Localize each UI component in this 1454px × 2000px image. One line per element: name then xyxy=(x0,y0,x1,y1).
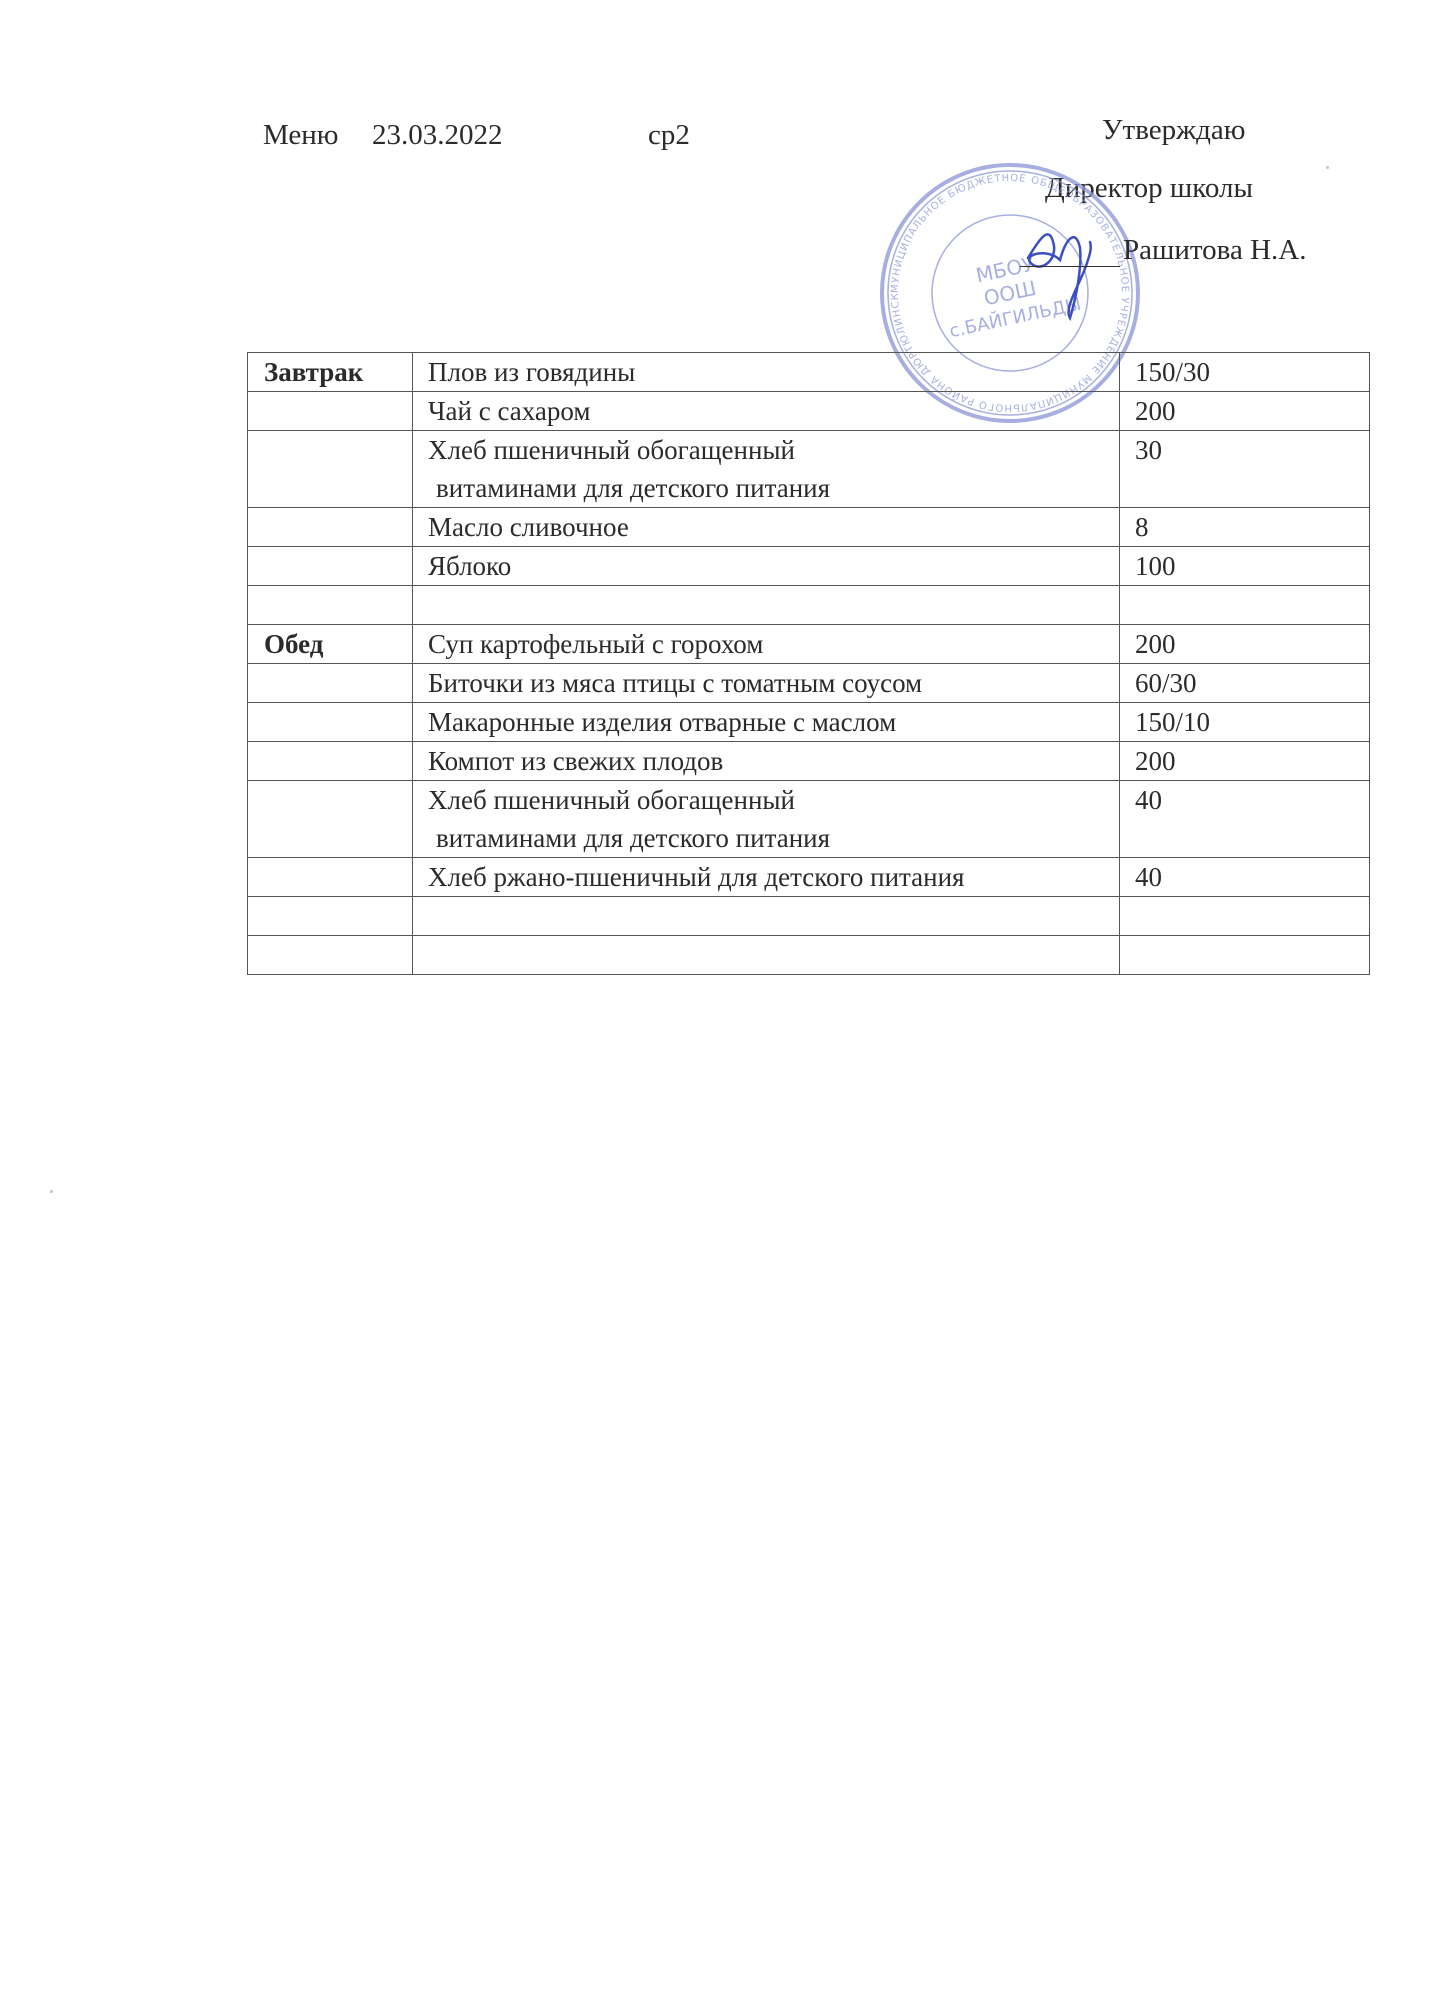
menu-code: ср2 xyxy=(648,121,690,150)
dish-cell: Биточки из мяса птицы с томатным соусом xyxy=(413,664,1120,703)
dish-name: Плов из говядины xyxy=(428,353,1119,391)
dish-cell: Хлеб пшеничный обогащенныйвитаминами для… xyxy=(413,431,1120,508)
portion-cell: 150/30 xyxy=(1120,353,1370,392)
dish-name: Хлеб пшеничный обогащенный xyxy=(428,431,1119,469)
menu-table: ЗавтракПлов из говядины150/30Чай с сахар… xyxy=(247,352,1370,975)
meal-cell: Обед xyxy=(248,625,413,664)
approval-heading: Утверждаю xyxy=(1102,116,1245,145)
table-row: ЗавтракПлов из говядины150/30 xyxy=(248,353,1370,392)
signature-icon xyxy=(1020,218,1130,328)
portion-cell xyxy=(1120,586,1370,625)
portion-cell: 100 xyxy=(1120,547,1370,586)
dish-cell: Компот из свежих плодов xyxy=(413,742,1120,781)
dish-cell: Хлеб ржано-пшеничный для детского питани… xyxy=(413,858,1120,897)
portion-cell: 150/10 xyxy=(1120,703,1370,742)
portion-cell xyxy=(1120,897,1370,936)
dish-cell: Макаронные изделия отварные с маслом xyxy=(413,703,1120,742)
portion-cell: 8 xyxy=(1120,508,1370,547)
dish-name: витаминами для детского питания xyxy=(428,819,1119,857)
dish-cell: Плов из говядины xyxy=(413,353,1120,392)
dish-name: Суп картофельный с горохом xyxy=(428,625,1119,663)
meal-cell xyxy=(248,586,413,625)
dish-cell: Хлеб пшеничный обогащенныйвитаминами для… xyxy=(413,781,1120,858)
dish-name: Масло сливочное xyxy=(428,508,1119,546)
meal-cell: Завтрак xyxy=(248,353,413,392)
meal-cell xyxy=(248,781,413,858)
table-row: Хлеб пшеничный обогащенныйвитаминами для… xyxy=(248,431,1370,508)
portion-cell: 200 xyxy=(1120,742,1370,781)
portion-cell: 40 xyxy=(1120,781,1370,858)
table-row: Хлеб пшеничный обогащенныйвитаминами для… xyxy=(248,781,1370,858)
table-row: Яблоко100 xyxy=(248,547,1370,586)
table-row: ОбедСуп картофельный с горохом200 xyxy=(248,625,1370,664)
table-row: Масло сливочное8 xyxy=(248,508,1370,547)
portion-cell xyxy=(1120,936,1370,975)
table-row: Макаронные изделия отварные с маслом150/… xyxy=(248,703,1370,742)
dish-name: Биточки из мяса птицы с томатным соусом xyxy=(428,664,1119,702)
meal-cell xyxy=(248,703,413,742)
dish-cell: Чай с сахаром xyxy=(413,392,1120,431)
meal-cell xyxy=(248,508,413,547)
meal-cell xyxy=(248,392,413,431)
portion-cell: 200 xyxy=(1120,392,1370,431)
dish-name: Макаронные изделия отварные с маслом xyxy=(428,703,1119,741)
menu-label: Меню xyxy=(263,121,338,150)
meal-cell xyxy=(248,664,413,703)
table-row xyxy=(248,936,1370,975)
portion-cell: 30 xyxy=(1120,431,1370,508)
dish-name: Хлеб пшеничный обогащенный xyxy=(428,781,1119,819)
dish-cell xyxy=(413,586,1120,625)
menu-date: 23.03.2022 xyxy=(372,121,503,150)
table-row: Биточки из мяса птицы с томатным соусом6… xyxy=(248,664,1370,703)
table-row xyxy=(248,586,1370,625)
table-row xyxy=(248,897,1370,936)
dish-cell: Масло сливочное xyxy=(413,508,1120,547)
dish-name: Чай с сахаром xyxy=(428,392,1119,430)
dish-cell xyxy=(413,897,1120,936)
meal-cell xyxy=(248,897,413,936)
portion-cell: 200 xyxy=(1120,625,1370,664)
portion-cell: 60/30 xyxy=(1120,664,1370,703)
table-row: Компот из свежих плодов200 xyxy=(248,742,1370,781)
dish-name: Яблоко xyxy=(428,547,1119,585)
dish-cell: Яблоко xyxy=(413,547,1120,586)
meal-cell xyxy=(248,858,413,897)
meal-cell xyxy=(248,742,413,781)
meal-cell xyxy=(248,936,413,975)
signature-line xyxy=(1020,266,1120,267)
dish-cell xyxy=(413,936,1120,975)
director-name: Рашитова Н.А. xyxy=(1123,236,1306,265)
table-row: Хлеб ржано-пшеничный для детского питани… xyxy=(248,858,1370,897)
dish-name: Компот из свежих плодов xyxy=(428,742,1119,780)
dish-name: витаминами для детского питания xyxy=(428,469,1119,507)
dish-name: Хлеб ржано-пшеничный для детского питани… xyxy=(428,858,1119,896)
meal-cell xyxy=(248,547,413,586)
table-row: Чай с сахаром200 xyxy=(248,392,1370,431)
dish-cell: Суп картофельный с горохом xyxy=(413,625,1120,664)
meal-cell xyxy=(248,431,413,508)
portion-cell: 40 xyxy=(1120,858,1370,897)
